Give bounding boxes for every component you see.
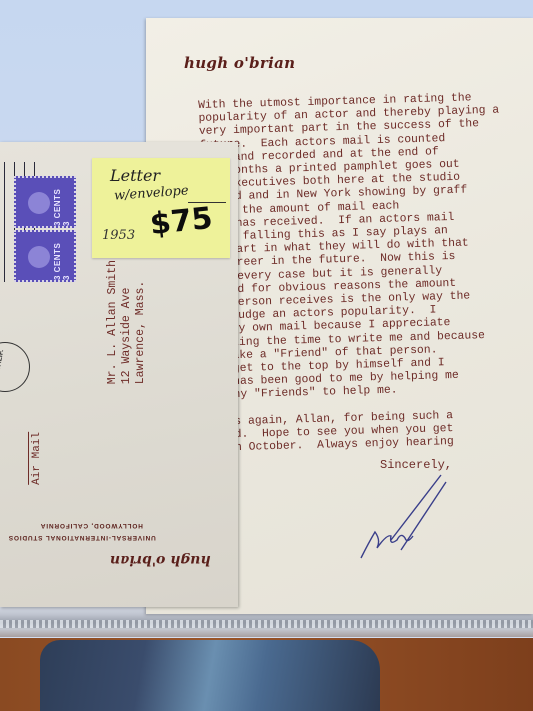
return-address-studio: UNIVERSAL-INTERNATIONAL STUDIOS	[8, 534, 156, 541]
sticky-line2: w/envelope	[114, 183, 189, 203]
letter-body: With the utmost importance in rating the…	[198, 91, 533, 470]
sticky-note-price-tag: Letter w/envelope 1953 $75	[92, 158, 230, 258]
postage-stamp: 3 CENTS 3	[14, 230, 76, 282]
sticky-line1: Letter	[110, 166, 160, 185]
addressee: Mr. L. Allan Smith 12 Wayside Ave Lawren…	[106, 260, 148, 384]
signature-icon	[351, 470, 451, 560]
postmark-circle: CALIF.	[0, 342, 30, 392]
letterhead: hugh o'brian	[184, 54, 295, 72]
jeans-legs	[40, 640, 380, 711]
airmail-label: Air Mail	[28, 432, 43, 485]
return-address-name: hugh o'brian	[110, 552, 211, 568]
stamp-portrait-icon	[28, 246, 50, 268]
shelf-ridge-pattern	[0, 620, 533, 628]
sticky-price: $75	[148, 201, 214, 242]
sticky-year: 1953	[102, 228, 135, 243]
stamp-portrait-icon	[28, 192, 50, 214]
return-address-city: HOLLYWOOD, CALIFORNIA	[40, 522, 143, 529]
postage-stamp: 3 CENTS 3	[14, 176, 76, 228]
